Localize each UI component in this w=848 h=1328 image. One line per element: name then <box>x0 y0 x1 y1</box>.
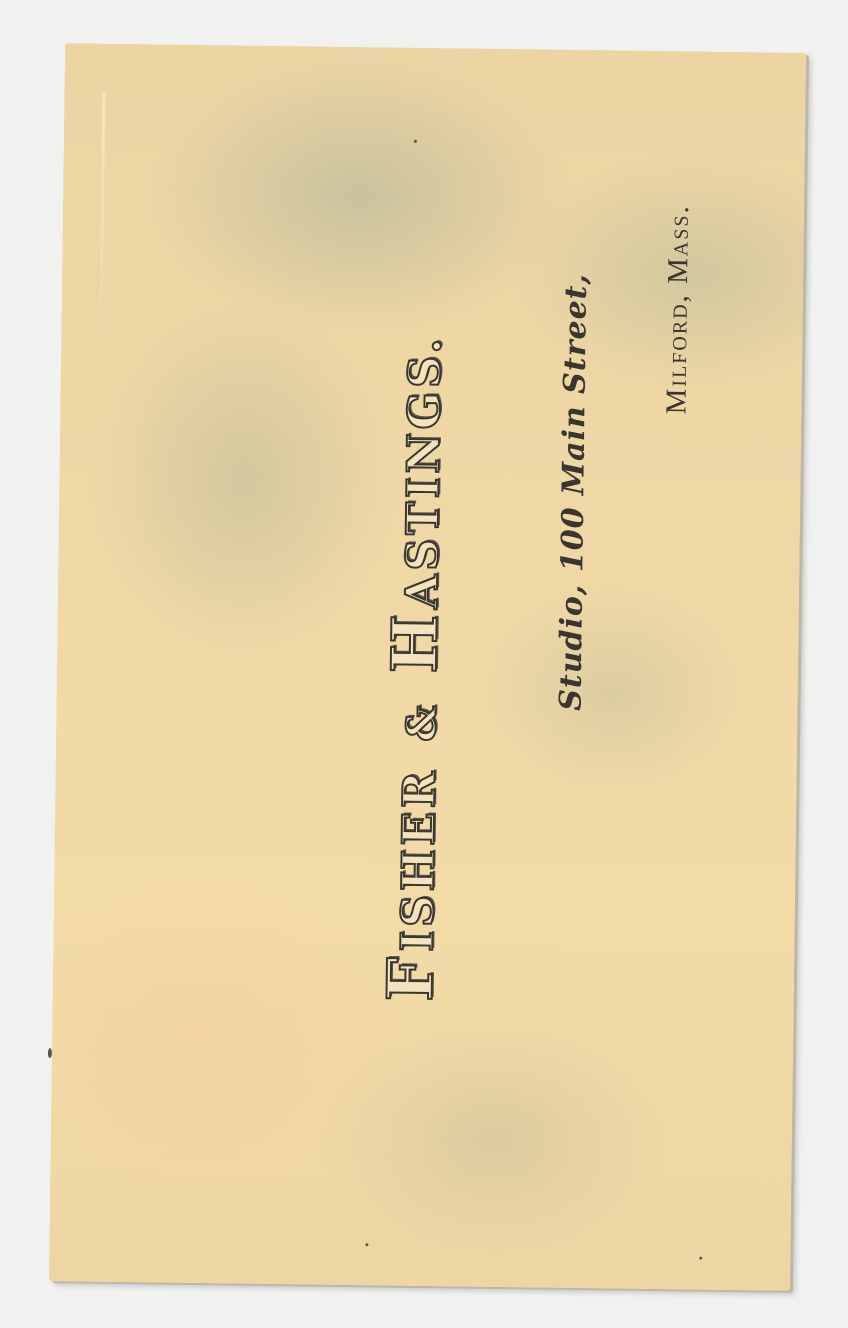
city-state: Milford, Mass. <box>673 0 683 679</box>
firm-initial-h: H <box>378 608 452 674</box>
cabinet-card: FISHER&HASTINGS. Studio, 100 Main Street… <box>49 43 806 1291</box>
firm-name-second: ASTINGS. <box>397 334 452 609</box>
ampersand: & <box>398 673 446 768</box>
edge-nick <box>48 1048 52 1058</box>
studio-address: Studio, 100 Main Street, <box>569 122 579 862</box>
firm-name: FISHER&HASTINGS. <box>410 298 420 1038</box>
speck-mark <box>414 140 417 143</box>
firm-initial-f: F <box>374 951 448 1002</box>
speck-mark <box>699 1257 702 1260</box>
speck-mark <box>365 1243 368 1246</box>
firm-name-first: ISHER <box>392 767 445 952</box>
